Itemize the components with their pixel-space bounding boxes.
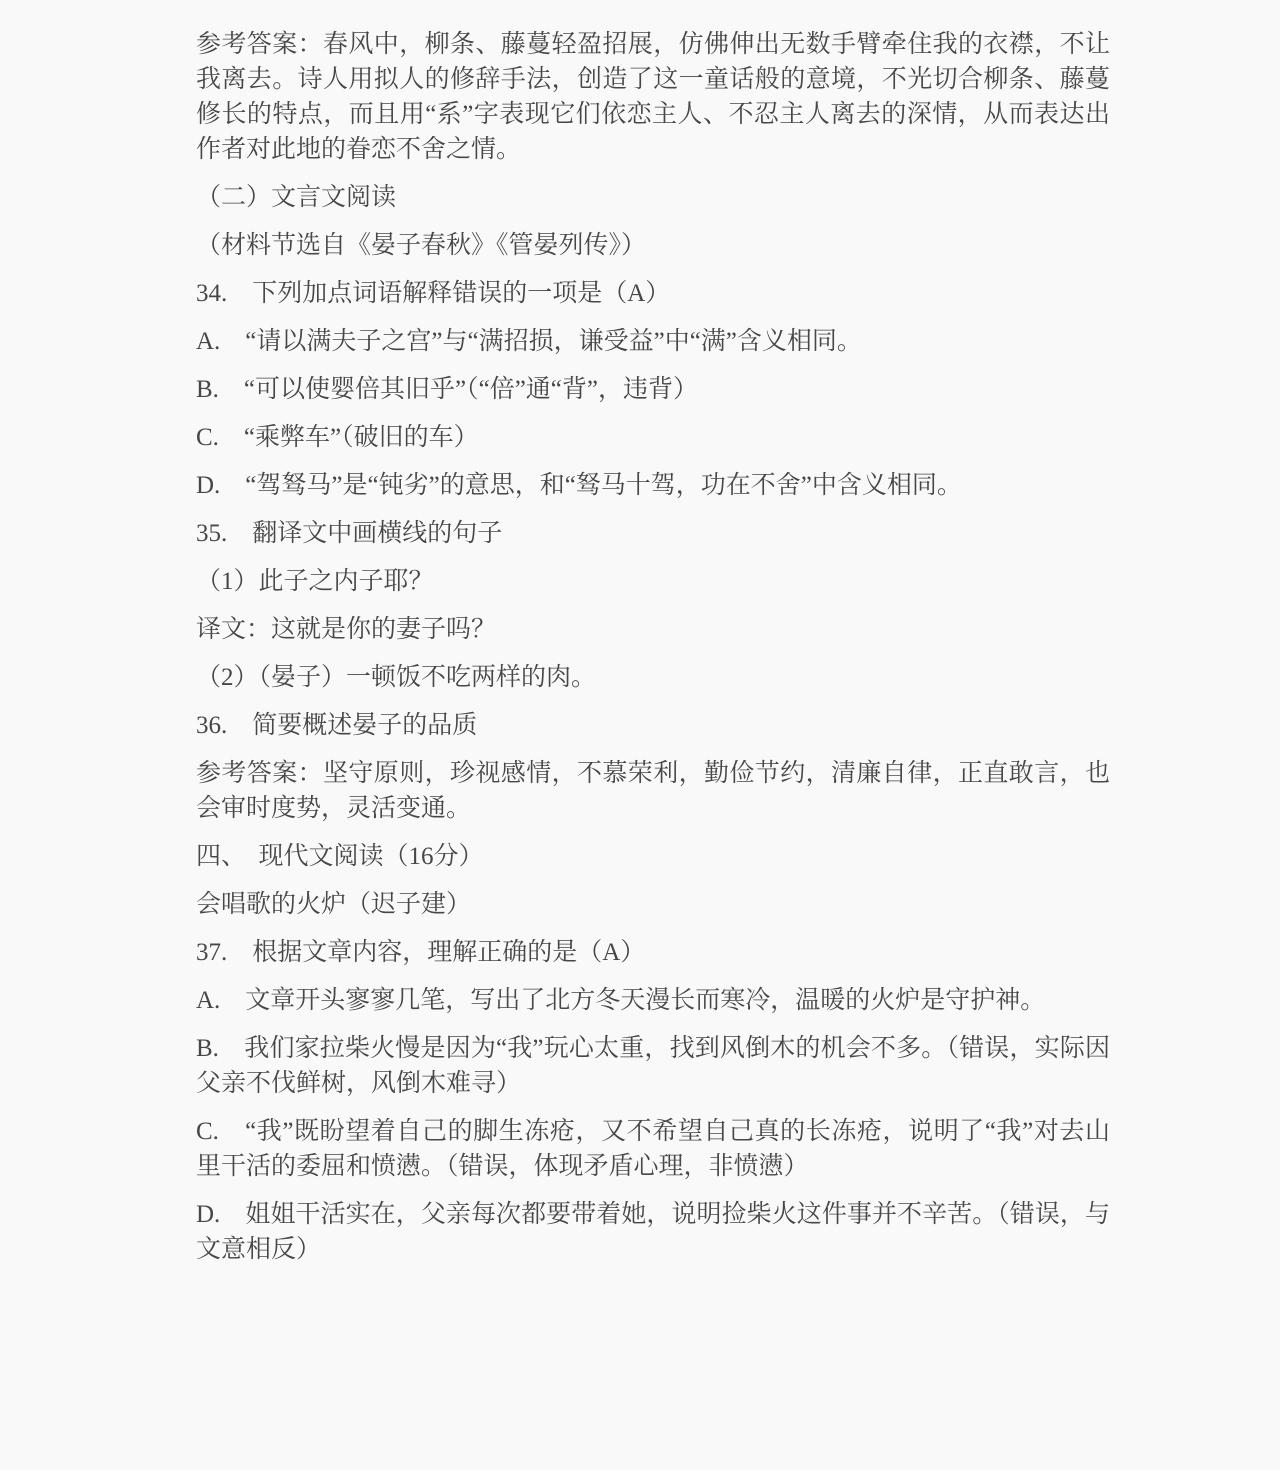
- question-35-translation-1: 译文：这就是你的妻子吗？: [196, 612, 1110, 647]
- modern-reading-subtitle: 会唱歌的火炉（迟子建）: [196, 887, 1110, 922]
- question-34-option-c: C. “乘弊车”（破旧的车）: [196, 420, 1110, 455]
- poem-answer-paragraph: 参考答案：春风中，柳条、藤蔓轻盈招展，仿佛伸出无数手臂牵住我的衣襟，不让我离去。…: [196, 27, 1110, 167]
- question-37-option-a: A. 文章开头寥寥几笔，写出了北方冬天漫长而寒冷，温暖的火炉是守护神。: [196, 983, 1110, 1018]
- section-heading-modern-reading: 四、 现代文阅读（16分）: [196, 839, 1110, 874]
- document-page: 参考答案：春风中，柳条、藤蔓轻盈招展，仿佛伸出无数手臂牵住我的衣襟，不让我离去。…: [0, 0, 1280, 1470]
- question-35-sentence-1: （1）此子之内子耶？: [196, 564, 1110, 599]
- question-34-option-d: D. “驾驽马”是“钝劣”的意思，和“驽马十驾，功在不舍”中含义相同。: [196, 468, 1110, 503]
- question-37-option-c: C. “我”既盼望着自己的脚生冻疮，又不希望自己真的长冻疮，说明了“我”对去山里…: [196, 1114, 1110, 1184]
- question-35-sentence-2: （2）（晏子）一顿饭不吃两样的肉。: [196, 660, 1110, 695]
- source-note: （材料节选自《晏子春秋》《管晏列传》）: [196, 228, 1110, 263]
- question-34-stem: 34. 下列加点词语解释错误的一项是（A）: [196, 276, 1110, 311]
- question-35-stem: 35. 翻译文中画横线的句子: [196, 516, 1110, 551]
- question-37-stem: 37. 根据文章内容，理解正确的是（A）: [196, 935, 1110, 970]
- section-heading-classical-reading: （二）文言文阅读: [196, 180, 1110, 215]
- question-34-option-b: B. “可以使婴倍其旧乎”（“倍”通“背”，违背）: [196, 372, 1110, 407]
- question-34-option-a: A. “请以满夫子之宫”与“满招损，谦受益”中“满”含义相同。: [196, 324, 1110, 359]
- question-37-option-d: D. 姐姐干活实在，父亲每次都要带着她，说明捡柴火这件事并不辛苦。（错误，与文意…: [196, 1197, 1110, 1267]
- question-36-answer: 参考答案：坚守原则，珍视感情，不慕荣利，勤俭节约，清廉自律，正直敢言，也会审时度…: [196, 756, 1110, 826]
- question-37-option-b: B. 我们家拉柴火慢是因为“我”玩心太重，找到风倒木的机会不多。（错误，实际因父…: [196, 1031, 1110, 1101]
- question-36-stem: 36. 简要概述晏子的品质: [196, 708, 1110, 743]
